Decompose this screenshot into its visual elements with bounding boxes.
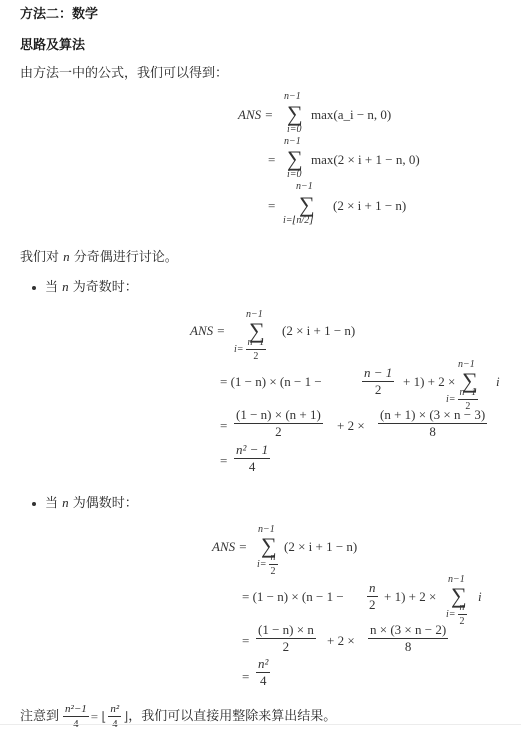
sigma-icon: ∑ <box>287 103 303 125</box>
bullet-icon <box>32 502 36 506</box>
sigma-icon: ∑ <box>299 194 315 216</box>
divider <box>0 724 521 725</box>
even-case-label: 当 n 为偶数时： <box>45 494 138 513</box>
section-heading: 方法二：数学 <box>20 6 98 24</box>
conclusion-text: 注意到 n²−14 = ⌊ n²4 ⌋ ，我们可以直接用整除来算出结果。 <box>20 703 336 730</box>
odd-case-label: 当 n 为奇数时： <box>45 278 138 297</box>
sigma-icon: ∑ <box>287 148 303 170</box>
subsection-heading: 思路及算法 <box>20 37 85 55</box>
bullet-icon <box>32 286 36 290</box>
intro-text: 由方法一中的公式，我们可以得到： <box>20 65 228 83</box>
lhs: ANS = <box>238 108 273 121</box>
discussion-text: 我们对 n 分奇偶进行讨论。 <box>20 248 178 267</box>
